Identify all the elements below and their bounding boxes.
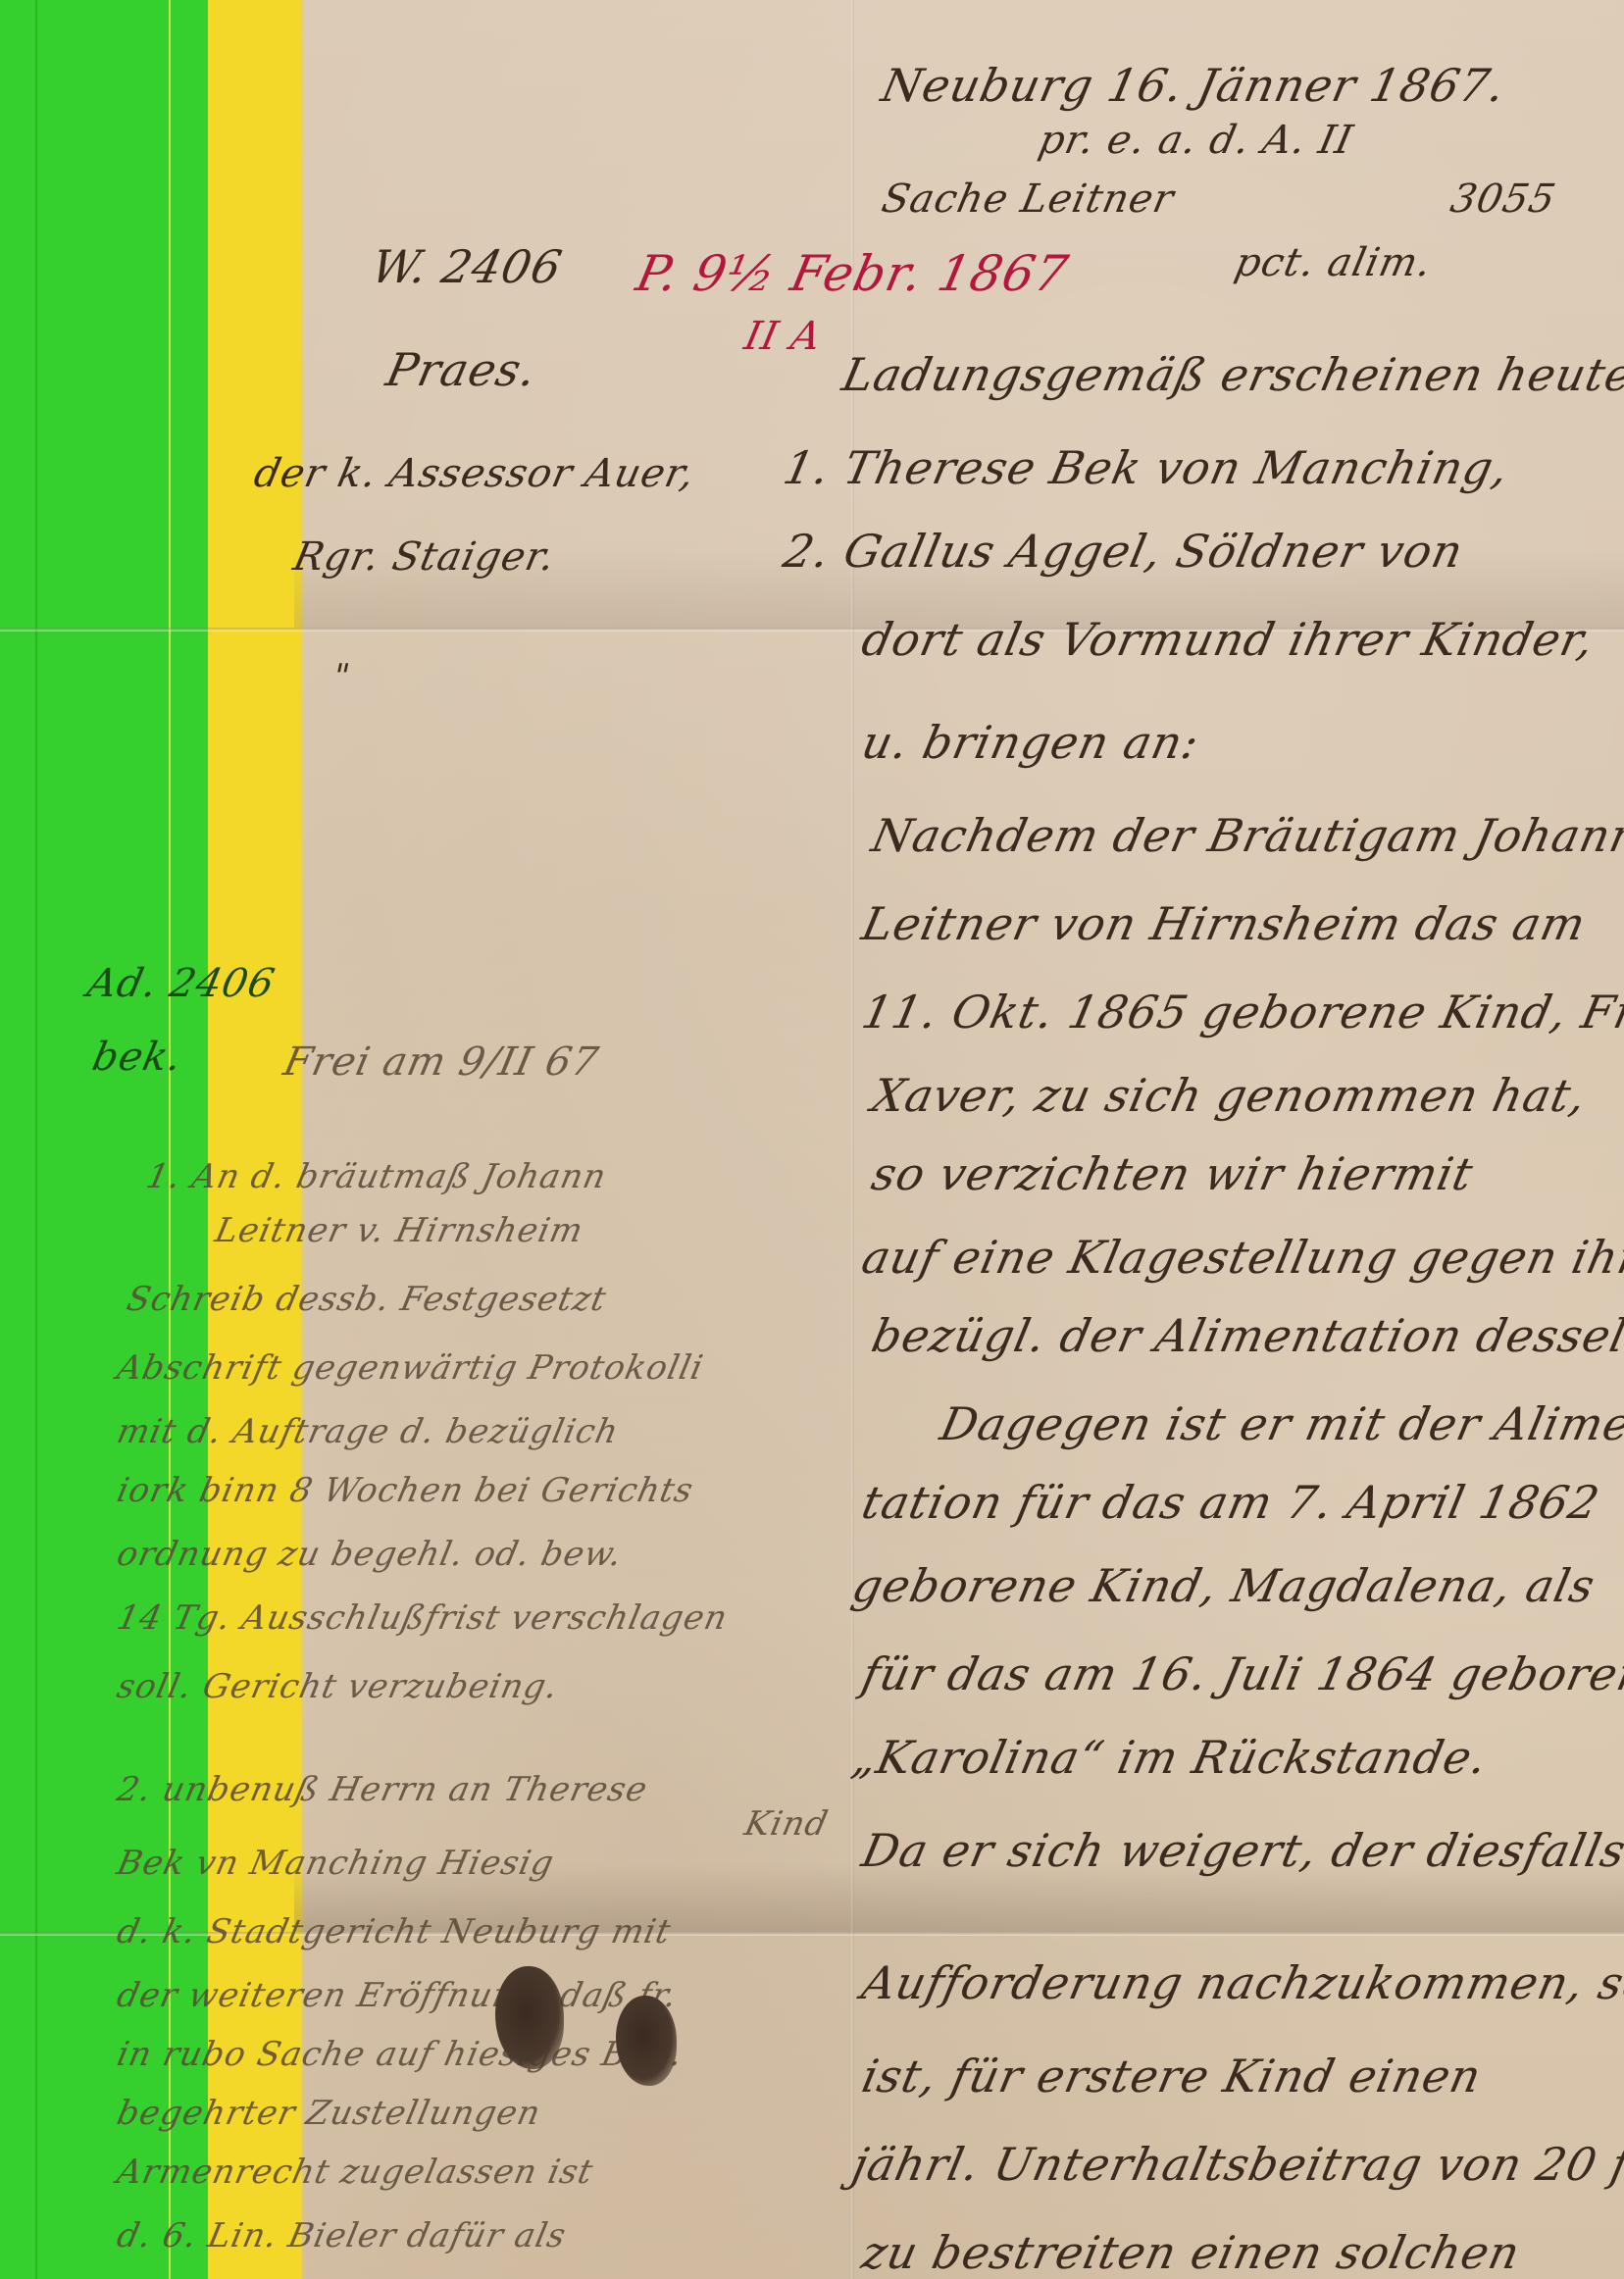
header-reference: pr. e. a. d. A. II — [1035, 118, 1357, 163]
body-line: geborene Kind, Magdalena, als — [847, 1559, 1599, 1612]
body-line: bezügl. der Alimentation desselben. — [867, 1309, 1624, 1362]
body-line: 11. Okt. 1865 geborene Kind, Franz — [857, 986, 1624, 1038]
left-entry: ordnung zu begehl. od. bew. — [114, 1535, 627, 1574]
body-line: jährl. Unterhaltsbeitrag von 20 fl. — [847, 2138, 1624, 2191]
left-entry: bek. — [88, 1035, 186, 1080]
left-entry: d. k. Stadtgericht Neuburg mit — [114, 1912, 675, 1951]
ink-blot — [616, 1996, 677, 2086]
body-line: 1. Therese Bek von Manching, — [779, 441, 1514, 494]
body-line: für das am 16. Juli 1864 geborene — [857, 1647, 1624, 1700]
body-line: Xaver, zu sich genommen hat, — [867, 1069, 1592, 1122]
body-line: Leitner von Hirnsheim das am — [857, 897, 1591, 950]
body-line: Da er sich weigert, der diesfalls — [857, 1824, 1624, 1877]
header-subject: pct. alim. — [1231, 240, 1436, 285]
left-entry: Bek vn Manching Hiesig — [114, 1844, 558, 1883]
body-line: dort als Vormund ihrer Kinder, — [857, 613, 1599, 666]
quote-mark: " — [330, 657, 354, 696]
body-line: so verzichten wir hiermit — [867, 1147, 1478, 1200]
left-entry: Schreib dessb. Festgesetzt — [124, 1280, 610, 1319]
left-entry: Leitner v. Hirnsheim — [212, 1211, 587, 1250]
margin-word: Kind — [741, 1804, 832, 1844]
scanned-document: Neuburg 16. Jänner 1867. pr. e. a. d. A.… — [0, 0, 1624, 2279]
header-place-date: Neuburg 16. Jänner 1867. — [877, 59, 1510, 112]
red-division-mark: II A — [740, 314, 826, 359]
left-entry: mit d. Auftrage d. bezüglich — [114, 1412, 623, 1451]
body-line: „Karolina“ im Rückstande. — [847, 1731, 1493, 1784]
left-entry: Armenrecht zugelassen ist — [114, 2152, 597, 2192]
left-entry: 1. An d. bräutmaß Johann — [143, 1157, 610, 1196]
body-line: ist, für erstere Kind einen — [857, 2050, 1486, 2102]
body-line: Aufforderung nachzukommen, so — [857, 1956, 1624, 2009]
left-entry: 2. unbenuß Herrn an Therese — [114, 1770, 651, 1809]
header-case: Sache Leitner — [878, 177, 1178, 222]
file-number: W. 2406 — [367, 240, 567, 293]
body-line: u. bringen an: — [857, 716, 1204, 769]
left-entry: Frei am 9/II 67 — [279, 1039, 602, 1085]
praes-label: Praes. — [381, 343, 541, 396]
left-entry: Abschrift gegenwärtig Protokolli — [114, 1348, 707, 1388]
left-entry: der weiteren Eröffnung, daß fr. — [114, 1976, 682, 2015]
left-entry: iork binn 8 Wochen bei Gerichts — [114, 1471, 697, 1510]
body-line: 2. Gallus Aggel, Söldner von — [779, 525, 1468, 578]
vertical-fold — [851, 0, 854, 2279]
left-entry: Ad. 2406 — [83, 961, 279, 1006]
left-entry: begehrter Zustellungen — [114, 2094, 544, 2133]
clerk-line: Rgr. Staiger. — [289, 534, 559, 580]
left-entry: in rubo Sache auf hiesiges Beh. — [114, 2035, 686, 2074]
body-line: Nachdem der Bräutigam Johann — [867, 809, 1624, 862]
body-line: tation für das am 7. April 1862 — [857, 1476, 1604, 1529]
ink-blot — [495, 1966, 564, 2069]
header-number: 3055 — [1446, 177, 1560, 222]
left-entry: 14 Tg. Ausschlußfrist verschlagen — [114, 1598, 732, 1638]
left-entry: soll. Gericht verzubeing. — [114, 1667, 562, 1706]
red-received-stamp: P. 9½ Febr. 1867 — [632, 245, 1074, 302]
body-line: Dagegen ist er mit der Alimen- — [936, 1397, 1624, 1450]
left-entry: d. 6. Lin. Bieler dafür als — [114, 2216, 570, 2255]
body-line: zu bestreiten einen solchen — [857, 2226, 1525, 2279]
body-line: Ladungsgemäß erscheinen heute — [837, 348, 1624, 401]
assessor-line: der k. Assessor Auer, — [250, 451, 699, 496]
body-line: auf eine Klagestellung gegen ihn — [857, 1231, 1624, 1284]
